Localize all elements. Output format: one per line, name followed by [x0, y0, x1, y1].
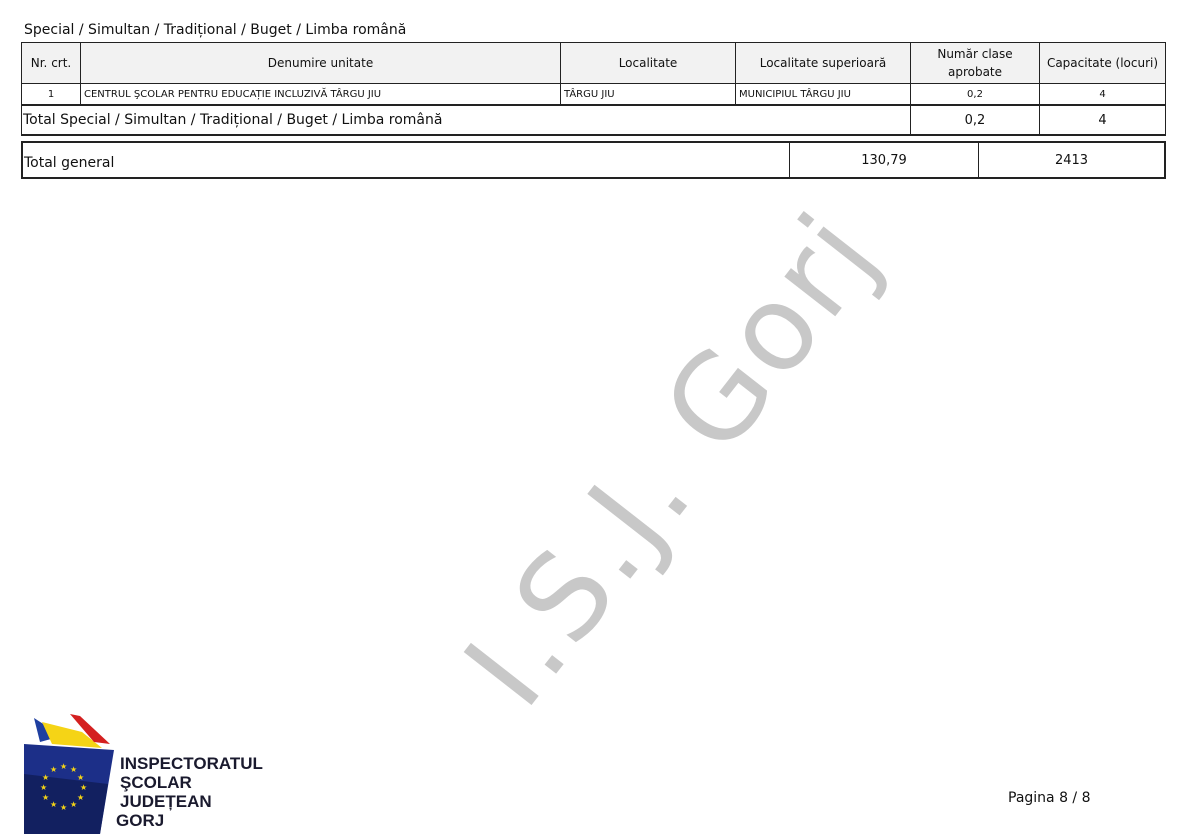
svg-text:★: ★: [42, 773, 49, 782]
total-capacitate: 4: [1040, 105, 1166, 135]
header-localitate-superioara: Localitate superioară: [736, 43, 911, 84]
section-title: Special / Simultan / Tradițional / Buget…: [24, 22, 406, 38]
header-denumire: Denumire unitate: [81, 43, 561, 84]
schools-table: Nr. crt. Denumire unitate Localitate Loc…: [21, 42, 1166, 136]
logo-line: GORJ: [116, 811, 263, 830]
grand-total-row: Total general 130,79 2413: [22, 142, 1165, 178]
grand-total-table: Total general 130,79 2413: [21, 141, 1166, 179]
logo-line: ŞCOLAR: [120, 773, 263, 792]
header-nr: Nr. crt.: [22, 43, 81, 84]
svg-text:★: ★: [50, 800, 57, 809]
svg-text:★: ★: [60, 762, 67, 771]
cell-denumire: CENTRUL ŞCOLAR PENTRU EDUCAȚIE INCLUZIVĂ…: [81, 84, 561, 106]
logo-line: JUDEȚEAN: [120, 792, 263, 811]
svg-text:★: ★: [42, 793, 49, 802]
table-header-row: Nr. crt. Denumire unitate Localitate Loc…: [22, 43, 1166, 84]
total-label: Total Special / Simultan / Tradițional /…: [22, 105, 911, 135]
total-row: Total Special / Simultan / Tradițional /…: [22, 105, 1166, 135]
svg-text:★: ★: [40, 783, 47, 792]
table-row: 1 CENTRUL ŞCOLAR PENTRU EDUCAȚIE INCLUZI…: [22, 84, 1166, 106]
svg-text:★: ★: [50, 765, 57, 774]
header-localitate: Localitate: [561, 43, 736, 84]
cell-capacitate: 4: [1040, 84, 1166, 106]
header-capacitate: Capacitate (locuri): [1040, 43, 1166, 84]
svg-text:★: ★: [60, 803, 67, 812]
grand-total-clase: 130,79: [790, 142, 979, 178]
logo-line: INSPECTORATUL: [120, 754, 263, 773]
grand-total-label: Total general: [22, 142, 790, 178]
page-number: Pagina 8 / 8: [1008, 790, 1091, 806]
cell-localitate: TÂRGU JIU: [561, 84, 736, 106]
logo-text: INSPECTORATUL ŞCOLAR JUDEȚEAN GORJ: [120, 754, 263, 830]
cell-nr: 1: [22, 84, 81, 106]
cell-localitate-superioara: MUNICIPIUL TÂRGU JIU: [736, 84, 911, 106]
header-clase: Număr clase aprobate: [911, 43, 1040, 84]
watermark: I.S.J. Gorj: [438, 187, 906, 732]
grand-total-capacitate: 2413: [979, 142, 1166, 178]
total-clase: 0,2: [911, 105, 1040, 135]
svg-text:★: ★: [70, 800, 77, 809]
svg-text:★: ★: [77, 793, 84, 802]
svg-text:★: ★: [77, 773, 84, 782]
cell-clase: 0,2: [911, 84, 1040, 106]
isj-logo: ★★★ ★★ ★★ ★★ ★★★ INSPECTORATUL ŞCOLAR JU…: [22, 714, 282, 834]
svg-text:★: ★: [80, 783, 87, 792]
